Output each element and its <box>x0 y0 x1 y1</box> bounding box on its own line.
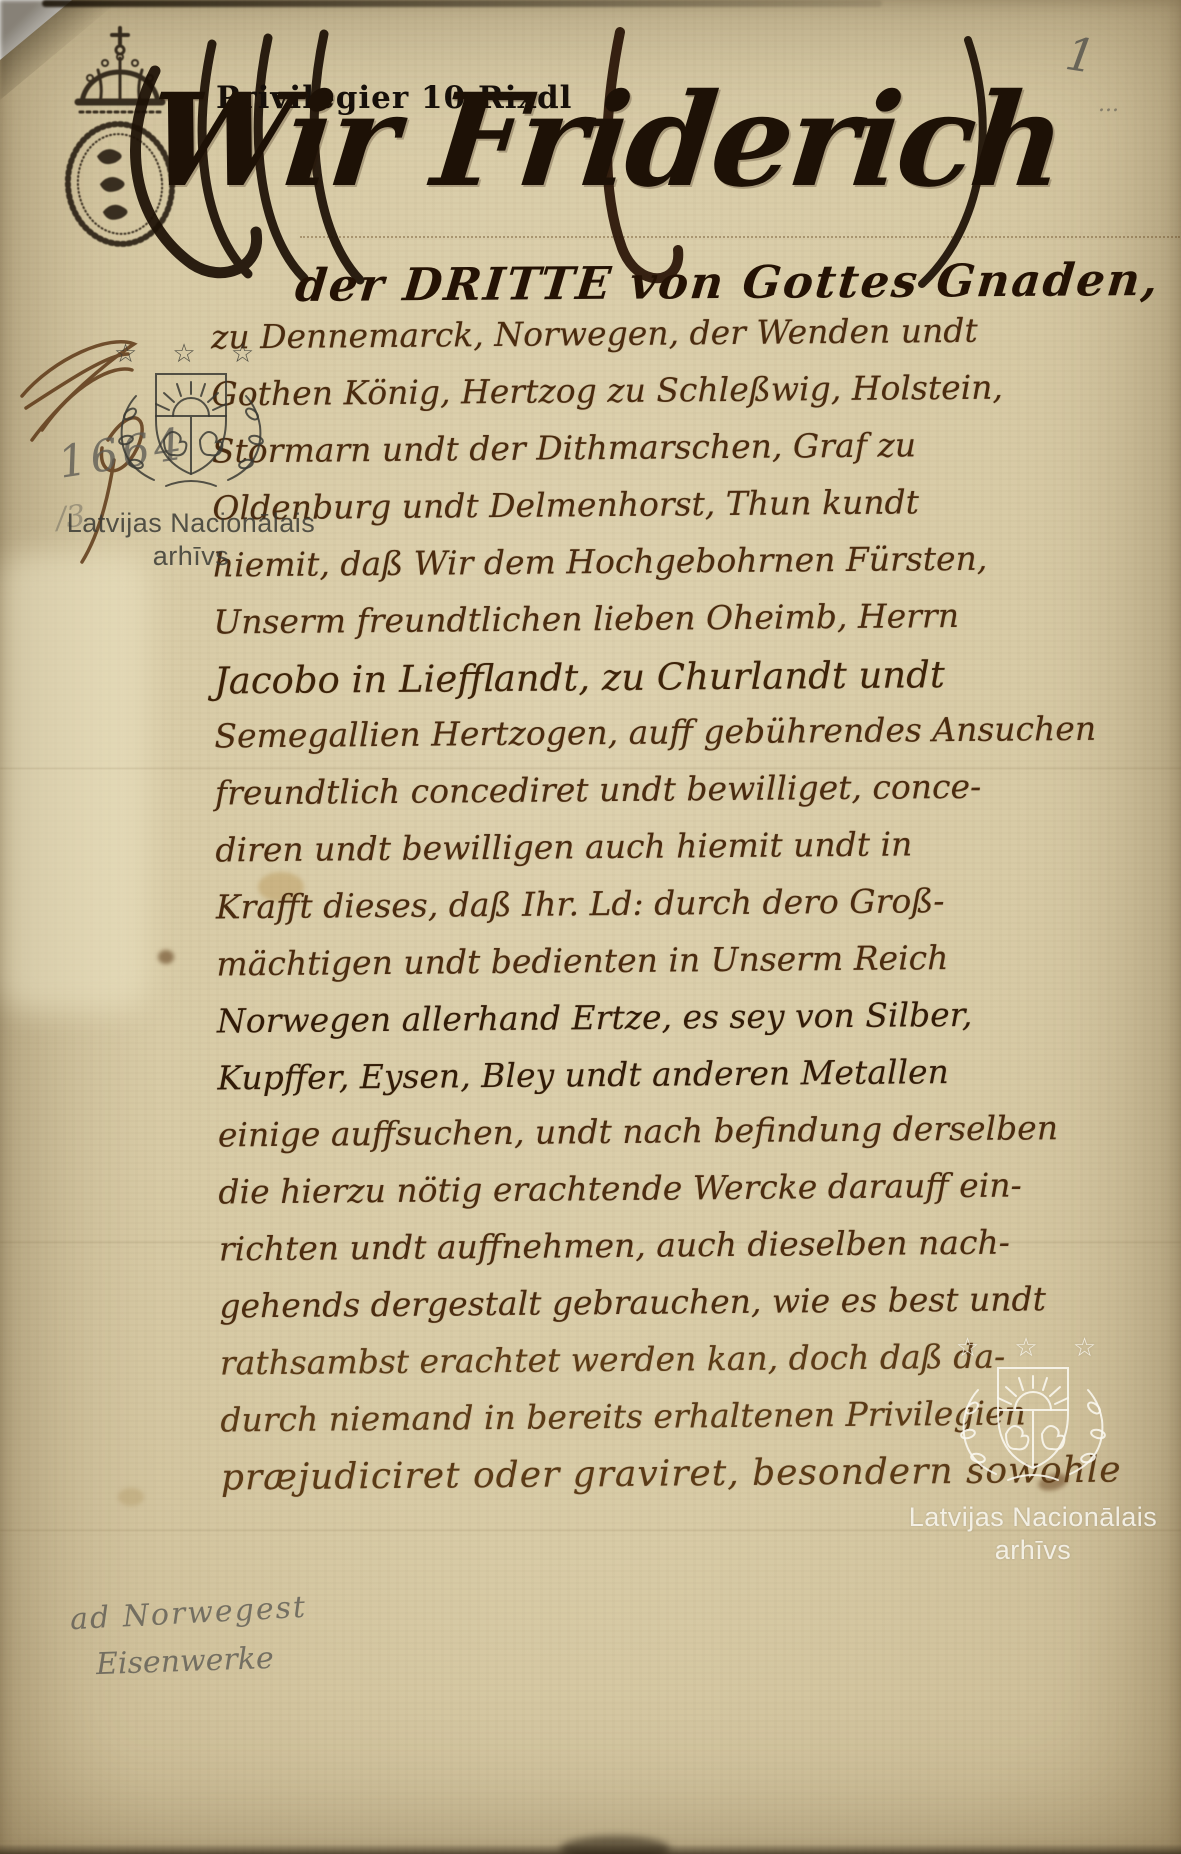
body-line: freundtlich concediret undt bewilliget, … <box>215 767 1015 831</box>
body-line: zu Dennemarck, Norwegen, der Wenden undt <box>211 311 1011 375</box>
body-line: Norwegen allerhand Ertze, es sey von Sil… <box>217 995 1017 1059</box>
body-line: Semegallien Hertzogen, auff gebührendes … <box>214 710 1014 774</box>
star-icons: ☆ ☆ ☆ <box>66 338 316 368</box>
paper-torn-notch <box>560 1836 670 1854</box>
archive-name-line1: Latvijas Nacionālais <box>66 507 316 540</box>
star-icons: ☆ ☆ ☆ <box>902 1332 1164 1362</box>
body-line: mächtigen undt bedienten in Unserm Reich <box>216 938 1016 1002</box>
body-line: Jacobo in Liefflandt, zu Churlandt undt <box>214 653 1014 717</box>
body-line: Oldenburg undt Delmenhorst, Thun kundt <box>212 482 1012 546</box>
archive-name: Latvijas Nacionālais arhīvs <box>66 507 316 573</box>
coat-of-arms-icon <box>938 1362 1128 1487</box>
body-line: rathsambst erachtet werden kan, doch daß… <box>220 1336 1020 1400</box>
body-line: richten undt auffnehmen, auch dieselben … <box>219 1222 1019 1286</box>
heading-title-line: der DRITTE von Gottes Gnaden, <box>293 253 1162 312</box>
archivist-note-line2: Eisenwerke <box>95 1641 274 1682</box>
body-line: Krafft dieses, daß Ihr. Ld: durch dero G… <box>216 881 1016 945</box>
paper-stain <box>118 1488 144 1506</box>
ink-stain <box>158 950 174 964</box>
body-line: einige auffsuchen, undt nach befindung d… <box>218 1109 1018 1173</box>
archive-name-line1: Latvijas Nacionālais <box>902 1501 1164 1534</box>
archive-name-line2: arhīvs <box>66 540 316 573</box>
archive-name: Latvijas Nacionālais arhīvs <box>902 1501 1164 1567</box>
body-line: durch niemand in bereits erhaltenen Priv… <box>220 1393 1020 1457</box>
body-line: Unserm freundtlichen lieben Oheimb, Herr… <box>213 596 1013 660</box>
body-line: diren undt bewilligen auch hiemit undt i… <box>215 824 1015 888</box>
heading-royal-name: Wir Friderich <box>140 66 1069 216</box>
page-number-dots: ... <box>1098 92 1119 117</box>
body-line: gehends dergestalt gebrauchen, wie es be… <box>219 1279 1019 1343</box>
coat-of-arms-icon <box>96 368 286 493</box>
archive-watermark-bottom: ☆ ☆ ☆ Latvijas Nacionālais <box>902 1332 1164 1567</box>
manuscript-body: zu Dennemarck, Norwegen, der Wenden undt… <box>211 311 1021 1515</box>
manuscript-page: Privilegier 10 Rixdl Wir Friderich der D… <box>0 0 1181 1854</box>
archive-name-line2: arhīvs <box>902 1534 1164 1567</box>
archive-watermark-top: ☆ ☆ ☆ Latvijas Nacionālais <box>66 338 316 573</box>
body-line: die hierzu nötig erachtende Wercke darau… <box>218 1165 1018 1229</box>
paper-light-patch <box>0 552 150 1012</box>
body-line: hiemit, daß Wir dem Hochgebohrnen Fürste… <box>213 539 1013 603</box>
body-line: Stormarn undt der Dithmarschen, Graf zu <box>212 425 1012 489</box>
paper-top-edge <box>42 0 882 7</box>
body-line: Kupffer, Eysen, Bley undt anderen Metall… <box>217 1052 1017 1116</box>
archivist-note-line1: ad Norwegest <box>69 1590 308 1637</box>
body-line: Gothen König, Hertzog zu Schleßwig, Hols… <box>211 368 1011 432</box>
